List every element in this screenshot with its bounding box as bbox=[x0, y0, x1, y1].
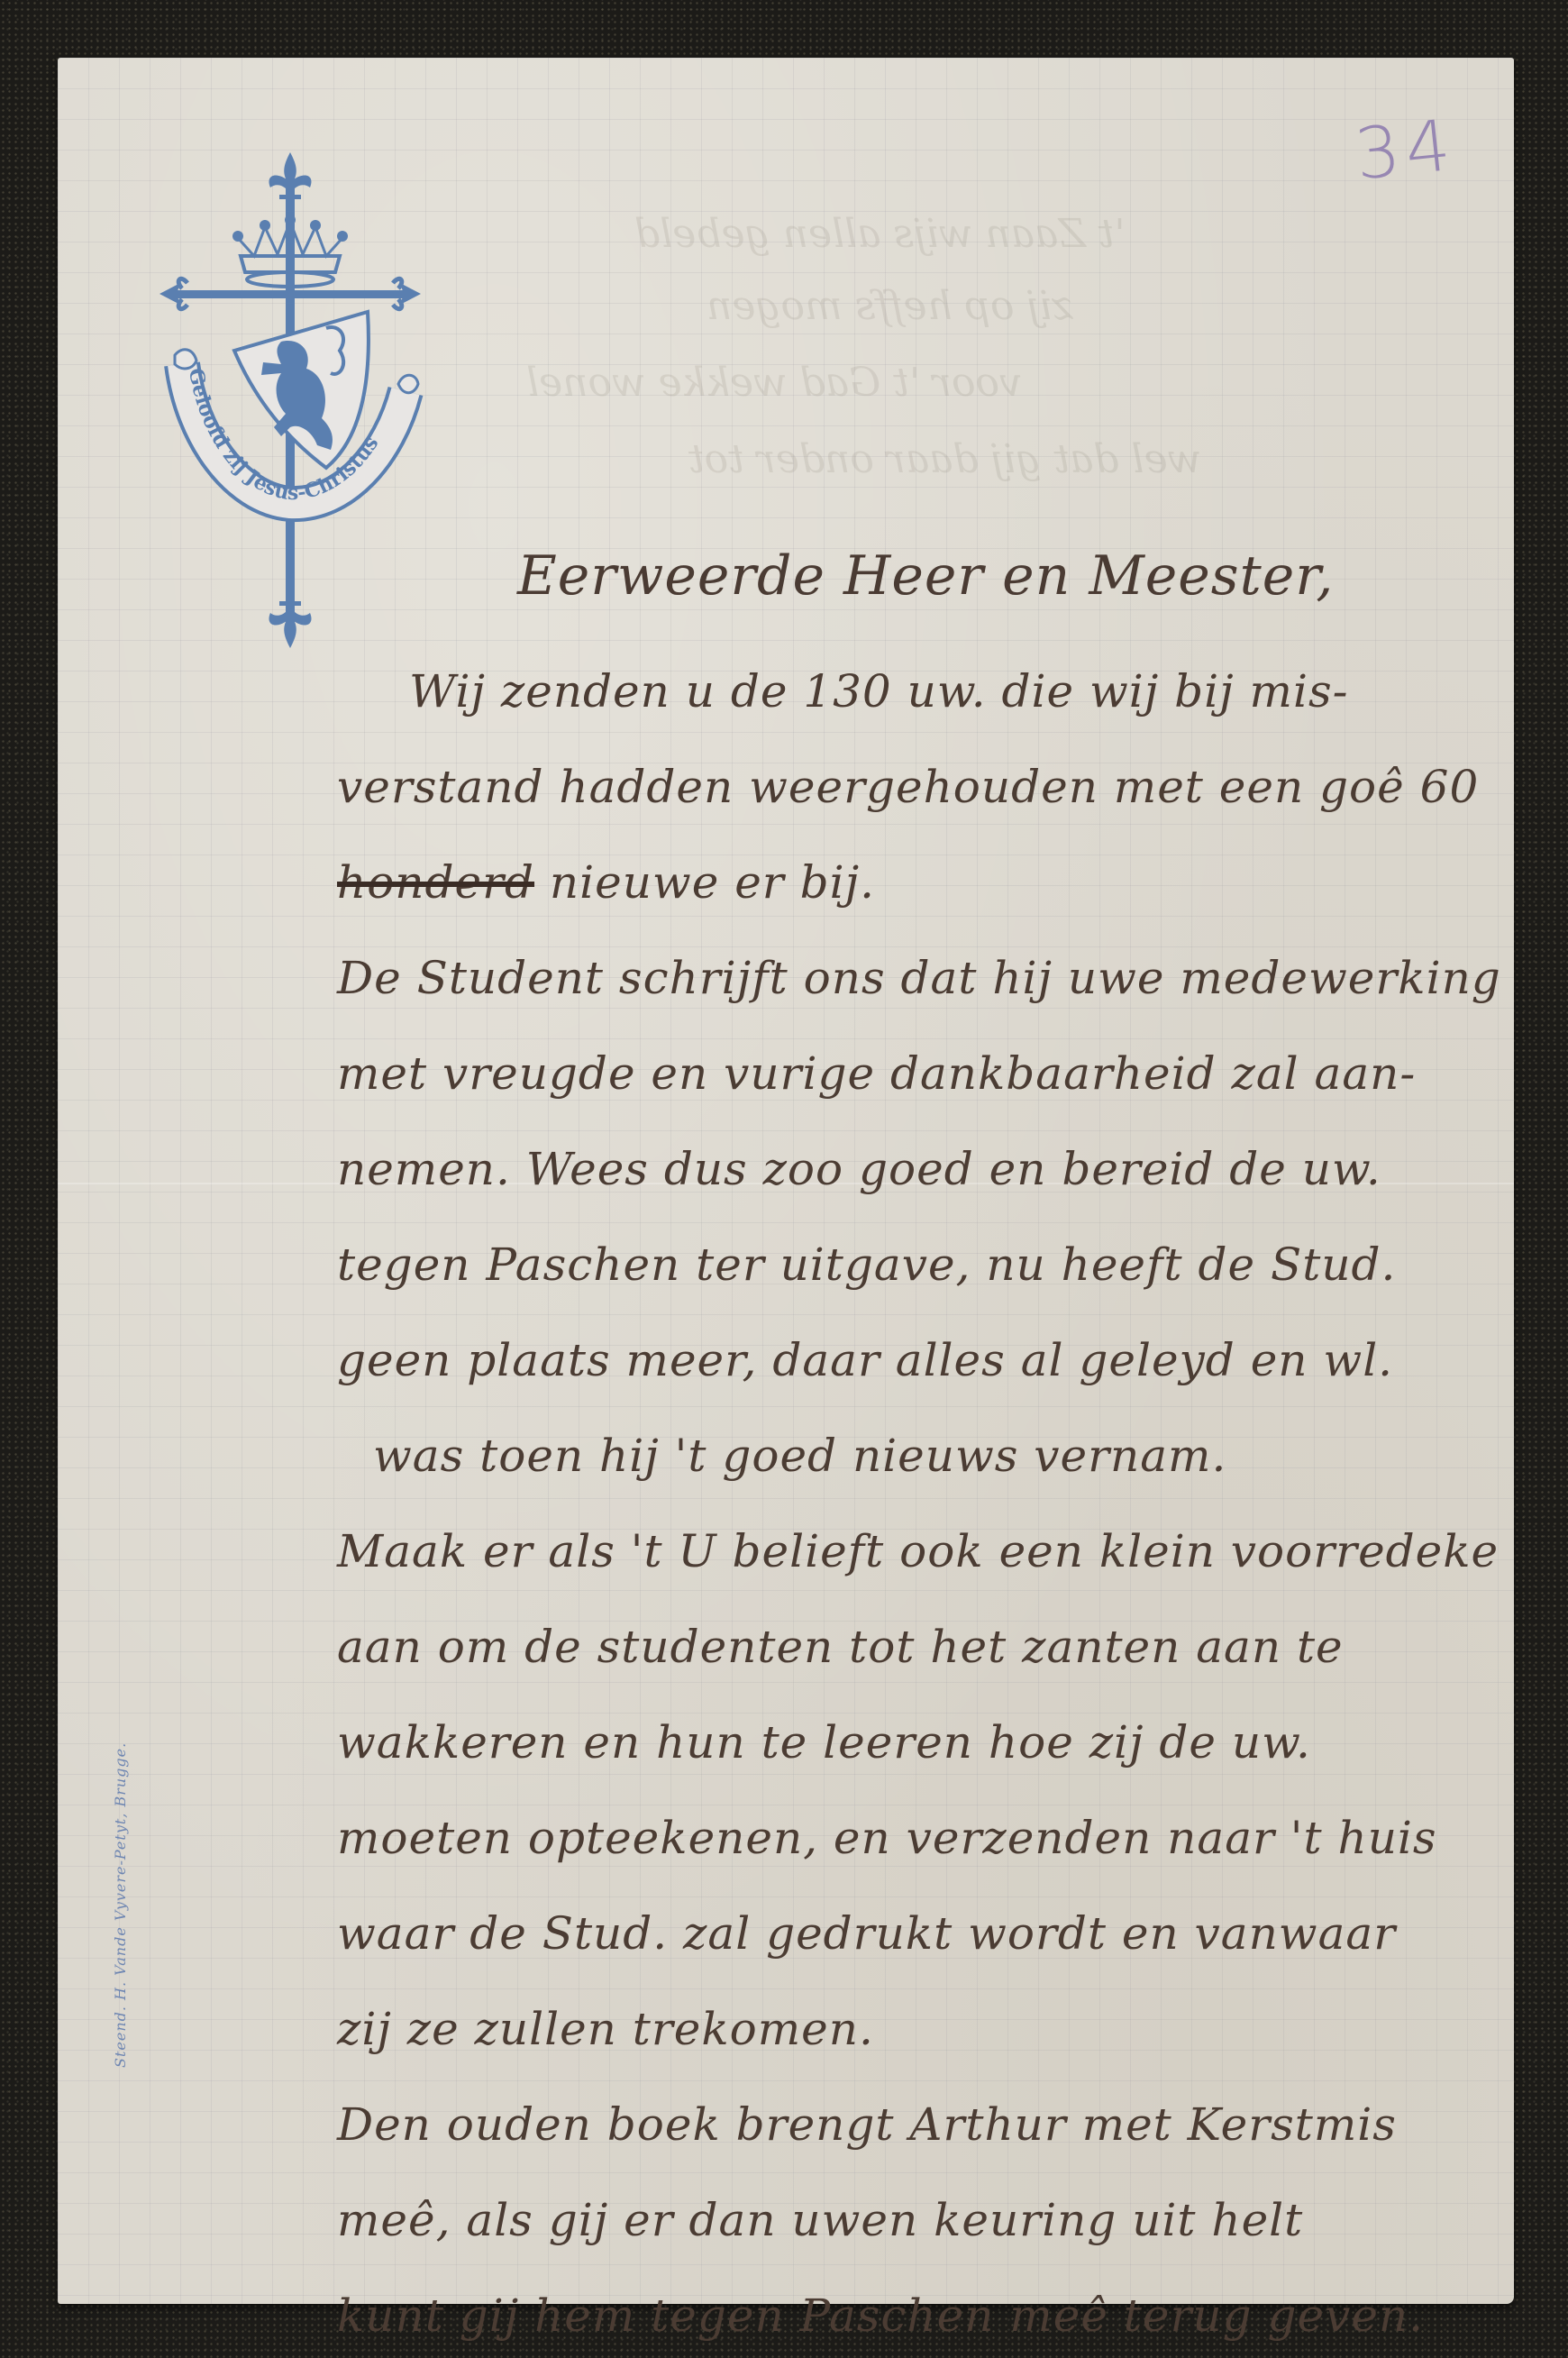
letter-body: Eerweerde Heer en Meester, Wij zenden u … bbox=[337, 544, 1536, 2358]
bleed-through-text: wel dat gij daar onder tot bbox=[688, 436, 1201, 482]
letter-line: De Student schrijft ons dat hij uwe mede… bbox=[337, 930, 1536, 1026]
letter-line: Den ouden boek brengt Arthur met Kerstmi… bbox=[337, 2077, 1536, 2172]
letter-line: kunt gij hem tegen Paschen meê terug gev… bbox=[337, 2268, 1536, 2358]
letter-line: Maak er als 't U belieft ook een klein v… bbox=[337, 1503, 1536, 1599]
bleed-through-text: zij op heffs mogen bbox=[707, 283, 1072, 329]
letter-line: met vreugde en vurige dankbaarheid zal a… bbox=[337, 1026, 1536, 1121]
printer-imprint: Steend. H. Vande Vyvere-Petyt, Brugge. bbox=[112, 1742, 129, 2068]
letter-line: nemen. Wees dus zoo goed en bereid de uw… bbox=[337, 1121, 1536, 1217]
letter-line: was toen hij 't goed nieuws vernam. bbox=[337, 1408, 1536, 1503]
salutation: Eerweerde Heer en Meester, bbox=[517, 544, 1536, 608]
bleed-through-text: voor 't Gad wekke wonel bbox=[526, 360, 1022, 406]
letter-line: waar de Stud. zal gedrukt wordt en vanwa… bbox=[337, 1886, 1536, 1981]
letter-line: wakkeren en hun te leeren hoe zij de uw. bbox=[337, 1695, 1536, 1790]
letter-line: Wij zenden u de 130 uw. die wij bij mis- bbox=[337, 644, 1536, 739]
letter-line: zij ze zullen trekomen. bbox=[337, 1981, 1536, 2077]
letter-sheet: 't Zaan wijs allen gebeld zij op heffs m… bbox=[58, 58, 1514, 2304]
letter-line: meê, als gij er dan uwen keuring uit hel… bbox=[337, 2172, 1536, 2268]
letter-line-text: nieuwe er bij. bbox=[550, 856, 875, 909]
letter-line: tegen Paschen ter uitgave, nu heeft de S… bbox=[337, 1217, 1536, 1312]
folio-number: 34 bbox=[1352, 105, 1460, 196]
struck-word: honderd bbox=[337, 856, 534, 909]
letter-line: geen plaats meer, daar alles al geleyd e… bbox=[337, 1312, 1536, 1408]
bleed-through-text: 't Zaan wijs allen gebeld bbox=[634, 211, 1125, 257]
letter-line: moeten opteekenen, en verzenden naar 't … bbox=[337, 1790, 1536, 1886]
letter-line: honderd nieuwe er bij. bbox=[337, 835, 1536, 930]
letter-line: verstand hadden weergehouden met een goê… bbox=[337, 739, 1536, 835]
letter-line: aan om de studenten tot het zanten aan t… bbox=[337, 1599, 1536, 1695]
